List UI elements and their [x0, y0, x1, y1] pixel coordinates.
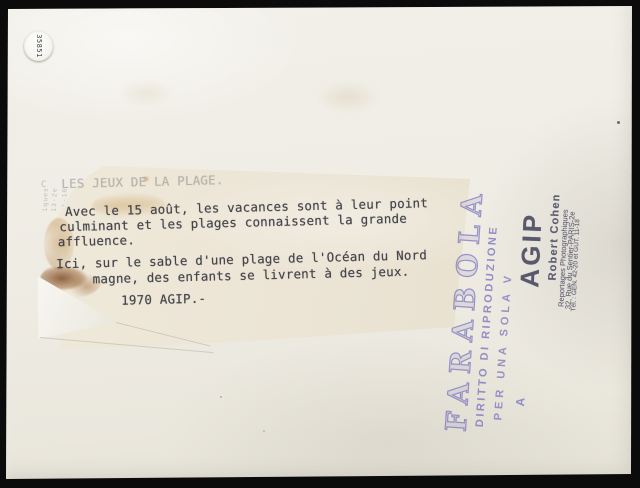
speck — [617, 121, 620, 124]
scan-frame: iques 13-2e 11-18 C 52 E 11 LES JEUX DE … — [0, 0, 640, 488]
photo-back: iques 13-2e 11-18 C 52 E 11 LES JEUX DE … — [0, 0, 640, 488]
sticker-number: 35851 — [34, 34, 42, 58]
caption-line: affluence. — [58, 232, 136, 249]
photo-stain-top-left — [118, 80, 174, 106]
speck — [263, 430, 265, 432]
inventory-sticker: 35851 — [24, 31, 53, 61]
caption-text: LES JEUX DE LA PLAGE. Avec le 15 août, l… — [46, 152, 479, 356]
farabola-letter-a: A — [513, 397, 528, 407]
agip-stamp: AGIP Robert Cohen Reportages Photographi… — [501, 186, 582, 311]
speck — [220, 396, 222, 398]
photo-stain-top-center — [316, 82, 380, 112]
caption-credit: 1970 AGIP.- — [121, 291, 206, 308]
caption-title: LES JEUX DE LA PLAGE. — [61, 172, 224, 191]
